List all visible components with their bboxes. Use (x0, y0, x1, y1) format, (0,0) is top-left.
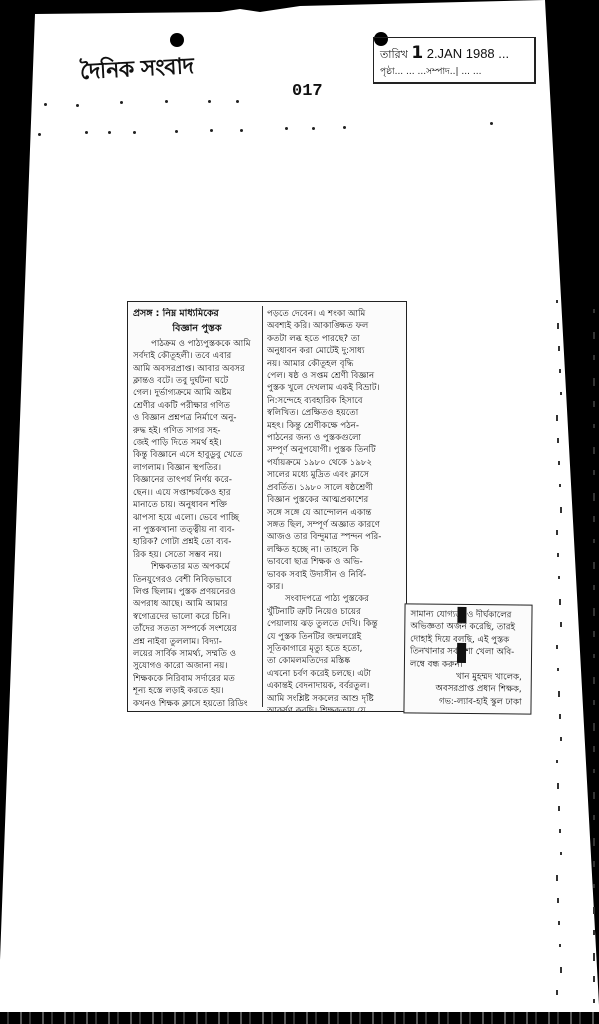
article-line: আমি সংশ্লিষ্ট সকলের আশু দৃষ্টি (267, 693, 403, 705)
speckle (560, 737, 562, 741)
speckle (593, 861, 595, 867)
speckle (593, 447, 595, 454)
article-line: লম্বে বন্ধ করুন। (410, 658, 528, 672)
column-1-text: পাঠক্রম ও পাঠ্যপুস্তককে আমিসর্বদাই কৌতূহ… (133, 338, 261, 710)
article-line: শূন্য হস্তে লড়াই করতে হয়। (133, 685, 261, 697)
article-line: সঙ্গত ছিল, সম্পূর্ণ অজ্ঞাত কারণে (267, 519, 403, 531)
article-line: শিক্ষককে নিরিবাম সর্দারের মত (133, 673, 261, 685)
speckle (236, 100, 239, 103)
speckle (285, 127, 288, 130)
article-line: পড়তে দেবেন। এ শংকা আমি (267, 308, 403, 320)
date-day: 1 (411, 43, 423, 63)
article-line: কখনও শিক্ষক ক্লাসে হয়তো রিডিং (133, 698, 261, 710)
article-line: জেই পাড়ি দিতে সমর্থ হই। (133, 437, 261, 449)
speckle (593, 470, 595, 475)
speckle (593, 539, 595, 543)
speckle (593, 930, 595, 935)
article-line: খুঁটিনাটি ত্রুটি নিয়েও চায়ের (267, 606, 403, 618)
article-line: তিনযুগেরও বেশী নিবিড়ভাবে (133, 574, 261, 586)
article-line: লিপ্ত ছিলাম। পুস্তক প্রণয়নেরও (133, 586, 261, 598)
speckle (557, 553, 559, 557)
article-line: বিজ্ঞানের তাৎপর্য নির্ণয় করে- (133, 474, 261, 486)
article-heading: প্রসঙ্গ : নিম্ন মাধ্যমিকের (133, 308, 261, 320)
speckle (343, 126, 346, 129)
speckle (593, 309, 595, 313)
article-line: সঙ্গে সঙ্গে যে আন্দোলন একান্ত (267, 507, 403, 519)
speckle (593, 884, 595, 888)
speckle (593, 746, 595, 752)
speckle (593, 608, 595, 616)
speckle (559, 599, 561, 605)
speckle (85, 131, 88, 134)
article-line: ক্লান্তও বটে। তবু দুর্ঘটনা ঘটে (133, 375, 261, 387)
scan-bottom-edge (0, 1012, 599, 1024)
speckle (593, 838, 595, 846)
speckle (175, 130, 178, 133)
speckle (558, 691, 560, 697)
speckle (556, 530, 558, 535)
article-line: আজও তার বিন্দুমাত্র স্পন্দন পরি- (267, 531, 403, 543)
speckle (558, 346, 560, 351)
article-line: কিন্তু বিজ্ঞানে এসে হাবুডুবু খেতে (133, 449, 261, 461)
article-line: সর্বদাই কৌতূহলী। তবে এবার (133, 350, 261, 362)
speckle (133, 131, 136, 134)
article-line: কার। (267, 581, 403, 593)
article-line: অপরাধ আছে। আমি আমার (133, 598, 261, 610)
date-value: 2.JAN 1988 ... (427, 46, 509, 61)
speckle (560, 622, 562, 627)
column-3-text: সামান্য যোগ্যতা ও দীর্ঘকালেরঅভিজ্ঞতা অর্… (410, 608, 529, 671)
article-line: তা কোমলমতিদের মস্তিষ্ক (267, 655, 403, 667)
article-line: পাঠনের জন্য ও পুস্তকগুলো (267, 432, 403, 444)
speckle (210, 129, 213, 132)
speckle (557, 668, 559, 671)
article-column-3: সামান্য যোগ্যতা ও দীর্ঘকালেরঅভিজ্ঞতা অর্… (409, 608, 528, 708)
speckle (559, 714, 561, 719)
article-line: এখনো চর্বণ করেই চলছে। এটা (267, 668, 403, 680)
newspaper-masthead: দৈনিক সংবাদ (79, 49, 194, 92)
article-line: রুদ্ধ হই। গণিত সাগর সহ- (133, 425, 261, 437)
speckle (593, 700, 595, 705)
article-column-2: পড়তে দেবেন। এ শংকা আমিঅবশ্যই করি। আকাঙ্… (267, 308, 403, 712)
speckle (593, 562, 595, 569)
speckle (593, 631, 595, 637)
speckle (558, 576, 560, 579)
speckle (593, 424, 595, 428)
speckle (556, 760, 558, 763)
date-stamp: তারিখ 1 2.JAN 1988 ... পৃষ্ঠা... ... ...… (373, 37, 536, 84)
speckle (593, 976, 595, 982)
article-line: যে পুস্তক তিনটির জন্মলগ্নেই (267, 631, 403, 643)
article-line: পেল। ষষ্ঠ ও সপ্তম শ্রেণী বিজ্ঞান (267, 370, 403, 382)
article-line: নয়। আমার কৌতূহল বৃদ্ধি (267, 358, 403, 370)
article-line: হারিক? গোটা প্রশ্নই তো ব্যব- (133, 536, 261, 548)
article-line: সুযোগও কারো অজানা নয়। (133, 660, 261, 672)
speckle (120, 101, 123, 104)
speckle (490, 122, 493, 125)
article-line: স্বগোত্রদের ভালো করে চিনি। (133, 611, 261, 623)
speckle (240, 129, 243, 132)
speckle (556, 645, 558, 649)
speckle (593, 907, 595, 914)
column-divider (262, 306, 263, 707)
ink-blot (457, 643, 466, 663)
speckle (558, 806, 560, 811)
page-number: 017 (292, 82, 323, 101)
article-line: একান্তই বেদনাদায়ক, বর্বরতুল। (267, 680, 403, 692)
column-2-text: পড়তে দেবেন। এ শংকা আমিঅবশ্যই করি। আকাঙ্… (267, 308, 403, 712)
article-line: লক্ষিত হচ্ছে না। তাহলে কি (267, 544, 403, 556)
article-line: সম্পূর্ণ অনুপযোগী। পুস্তক তিনটি (267, 444, 403, 456)
speckle (559, 369, 561, 373)
article-line: সূতিকাগারে মৃত্যু হতে হতো, (267, 643, 403, 655)
article-line: অনুধাবন করা মোটেই দু:সাধ্য (267, 345, 403, 357)
speckle (559, 484, 561, 487)
speckle (593, 355, 595, 360)
speckle (593, 516, 595, 522)
article-line: কতটা লব্ধ হতে পারছে? তা (267, 333, 403, 345)
article-line: তিনখানার সর্বনাশা খেলা অবি- (410, 646, 528, 660)
speckle (593, 332, 595, 339)
speckle (312, 127, 315, 130)
article-line: প্রবর্তিত। ১৯৮০ সালে ষষ্ঠশ্রেণী (267, 482, 403, 494)
speckle (556, 300, 558, 303)
page-row: পৃষ্ঠা... ... ...সম্পাদ..| ... ... (380, 64, 481, 79)
speckle (44, 103, 47, 106)
speckle (557, 323, 559, 329)
speckle (76, 104, 79, 107)
speckle (165, 100, 168, 103)
speckle (560, 507, 562, 513)
article-line: সংবাদপত্রে পাঠ্য পুস্তকের (267, 593, 403, 605)
speckle (560, 852, 562, 855)
article-line: লয়ের সার্বিক সামর্থ্য, সম্মতি ও (133, 648, 261, 660)
speckle (593, 493, 595, 501)
speckle (593, 769, 595, 773)
article-line: ঝাপসা হয়ে এলো। ভেবে পাচ্ছি (133, 512, 261, 524)
article-line: মানাতে চায়। অনুধাবন শক্তি (133, 499, 261, 511)
article-line: পর্যায়ক্রমে ১৯৮০ থেকে ১৯৮২ (267, 457, 403, 469)
author-signature: খান মুহম্মদ খালেক,অবসরপ্রাপ্ত প্রধান শিক… (409, 670, 527, 708)
page-label: পৃষ্ঠা... (380, 67, 403, 77)
speckle (556, 990, 558, 995)
article-line: গভ:-ল্যাব-হাই স্কুল ঢাকা (409, 695, 527, 709)
article-line: গেল। দুর্ভাগ্যক্রমে আমি অষ্টম (133, 387, 261, 399)
article-line: বিজ্ঞান পুস্তকের আত্মপ্রকাশের (267, 494, 403, 506)
speckle (593, 723, 595, 731)
speckle (557, 898, 559, 903)
article-line: নি:সন্দেহে ব্যবহারিক হিসাবে (267, 395, 403, 407)
speckle (593, 401, 595, 407)
article-line: অভিজ্ঞতা অর্জন করেছি, তারই (410, 621, 528, 635)
speckle (556, 875, 558, 881)
punch-hole (170, 33, 184, 47)
speckle (559, 944, 561, 947)
article-line: দোহাই দিয়ে বলছি, এই পুস্তক (410, 633, 528, 647)
article-line: শ্রেণীর একটি পরীক্ষার গণিত (133, 400, 261, 412)
speckle (593, 654, 595, 658)
speckle (558, 461, 560, 465)
speckle (593, 585, 595, 590)
article-line: আমি অবসরপ্রাপ্ত। আবার অবসর (133, 363, 261, 375)
article-line: প্রশ্ন নাইবা তুললাম। বিদ্যা- (133, 636, 261, 648)
article-line: ছেন।। এযে সপ্তাশ্চর্যকেও হার (133, 487, 261, 499)
article-column-1: প্রসঙ্গ : নিম্ন মাধ্যমিকের বিজ্ঞান পুস্ত… (133, 308, 261, 710)
speckle (593, 378, 595, 386)
article-line: স্বলিখিত। প্রেক্ষিতও হয়তো (267, 407, 403, 419)
article-line: আকর্ষণ করছি। শিক্ষকতায় যে (267, 705, 403, 712)
speckle (560, 967, 562, 973)
speckle (559, 829, 561, 833)
date-row: তারিখ 1 2.JAN 1988 ... (380, 43, 509, 65)
article-line: পাঠক্রম ও পাঠ্যপুস্তককে আমি (133, 338, 261, 350)
page-value: ... ...সম্পাদ..| ... ... (406, 67, 481, 77)
speckle (593, 815, 595, 820)
speckle (208, 100, 211, 103)
article-line: শিক্ষকতার মত অপকর্মে (133, 561, 261, 573)
date-label: তারিখ (380, 48, 408, 61)
speckle (557, 438, 559, 443)
article-line: মহৎ। কিন্তু শ্রেণীকক্ষে পঠন- (267, 420, 403, 432)
article-line: রিক হয়। সেতো সম্ভব নয়। (133, 549, 261, 561)
article-line: ভাবক সবাই উদাসীন ও নির্বি- (267, 569, 403, 581)
article-line: পেয়ালায় ঝড় তুলতে দেখি। কিন্তু (267, 618, 403, 630)
ink-blot (457, 607, 466, 623)
article-line: ও বিজ্ঞান প্রশ্নপত্র নির্মাণে অনু- (133, 412, 261, 424)
speckle (557, 783, 559, 789)
article-line: তাঁদের সততা সম্পর্কে সংশয়ের (133, 623, 261, 635)
speckle (593, 999, 595, 1003)
article-line: পুস্তক খুলে দেখলাম একই বিভ্রাট। (267, 382, 403, 394)
speckle (108, 131, 111, 134)
article-line: না পুস্তকখানা তত্ত্বীয় না ব্যব- (133, 524, 261, 536)
speckle (38, 133, 41, 136)
article-line: সামান্য যোগ্যতা ও দীর্ঘকালের (410, 608, 528, 622)
speckle (593, 677, 595, 684)
speckle (558, 921, 560, 925)
article-clipping: প্রসঙ্গ : নিম্ন মাধ্যমিকের বিজ্ঞান পুস্ত… (127, 301, 407, 712)
article-line: সালের মধ্যে মুদ্রিত এবং ক্লাসে (267, 469, 403, 481)
speckle (556, 415, 558, 421)
article-line: ভাববো ছাত্র শিক্ষক ও অভি- (267, 556, 403, 568)
article-clipping-continuation: সামান্য যোগ্যতা ও দীর্ঘকালেরঅভিজ্ঞতা অর্… (403, 603, 532, 714)
speckle (593, 792, 595, 799)
speckle (560, 392, 562, 395)
article-line: অবশ্যই করি। আকাঙ্ক্ষিত ফল (267, 320, 403, 332)
speckle (593, 953, 595, 961)
article-line: লাগলাম। বিজ্ঞান স্থপতির। (133, 462, 261, 474)
article-subheading: বিজ্ঞান পুস্তক (133, 323, 261, 335)
